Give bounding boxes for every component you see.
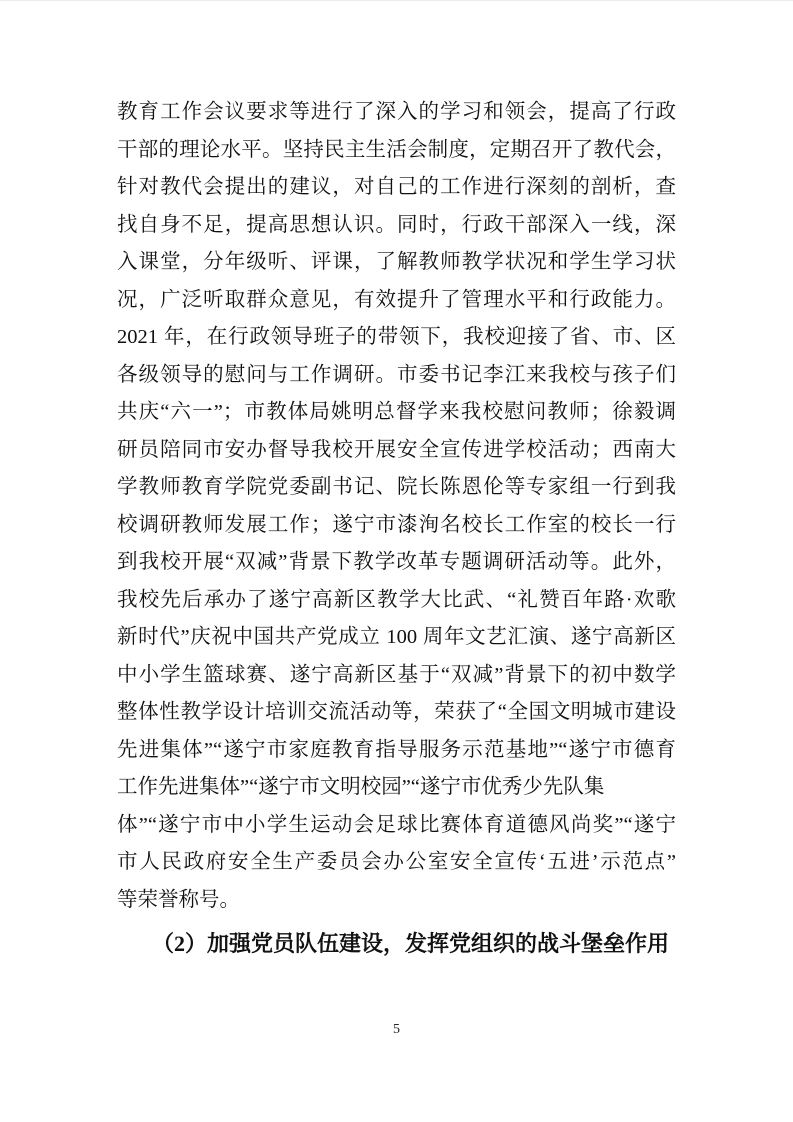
document-page: 教育工作会议要求等进行了深入的学习和领会，提高了行政 干部的理论水平。坚持民主生…: [0, 0, 793, 1122]
body-paragraph: 教育工作会议要求等进行了深入的学习和领会，提高了行政 干部的理论水平。坚持民主生…: [117, 94, 676, 963]
body-text-line: 先进集体”“遂宁市家庭教育指导服务示范基地”“遂宁市德育: [117, 732, 676, 770]
body-text-line: 共庆“六一”；市教体局姚明总督学来我校慰问教师；徐毅调: [117, 394, 676, 432]
body-text-line: 况，广泛听取群众意见，有效提升了管理水平和行政能力。: [117, 282, 676, 320]
body-text-line: 校调研教师发展工作；遂宁市漆洵名校长工作室的校长一行: [117, 507, 676, 545]
body-text-line: 教育工作会议要求等进行了深入的学习和领会，提高了行政: [117, 94, 676, 132]
body-text-line: 入课堂，分年级听、评课，了解教师教学状况和学生学习状: [117, 244, 676, 282]
body-text-line: 2021 年，在行政领导班子的带领下，我校迎接了省、市、区: [117, 319, 676, 357]
body-text-line: 各级领导的慰问与工作调研。市委书记李江来我校与孩子们: [117, 357, 676, 395]
body-text-line: 体”“遂宁市中小学生运动会足球比赛体育道德风尚奖”“遂宁: [117, 807, 676, 845]
body-text-line: 整体性教学设计培训交流活动等，荣获了“全国文明城市建设: [117, 694, 676, 732]
body-text-line: 针对教代会提出的建议，对自己的工作进行深刻的剖析，查: [117, 169, 676, 207]
page-number: 5: [0, 1022, 793, 1038]
body-text-line: 中小学生篮球赛、遂宁高新区基于“双减”背景下的初中数学: [117, 657, 676, 695]
body-text-line: 干部的理论水平。坚持民主生活会制度，定期召开了教代会，: [117, 132, 676, 170]
body-text-line: 学教师教育学院党委副书记、院长陈恩伦等专家组一行到我: [117, 469, 676, 507]
body-text-line: 研员陪同市安办督导我校开展安全宣传进学校活动；西南大: [117, 432, 676, 470]
body-text-line: 等荣誉称号。: [117, 882, 676, 920]
body-text-line: 找自身不足，提高思想认识。同时，行政干部深入一线，深: [117, 207, 676, 245]
body-text-line: 新时代”庆祝中国共产党成立 100 周年文艺汇演、遂宁高新区: [117, 619, 676, 657]
body-text-line: 市人民政府安全生产委员会办公室安全宣传‘五进’示范点”: [117, 844, 676, 882]
body-text-line: 工作先进集体”“遂宁市文明校园”“遂宁市优秀少先队集: [117, 769, 676, 807]
body-text-line: 到我校开展“双减”背景下教学改革专题调研活动等。此外，: [117, 544, 676, 582]
section-heading: （2）加强党员队伍建设，发挥党组织的战斗堡垒作用: [117, 925, 676, 963]
body-text-line: 我校先后承办了遂宁高新区教学大比武、“礼赞百年路·欢歌: [117, 582, 676, 620]
